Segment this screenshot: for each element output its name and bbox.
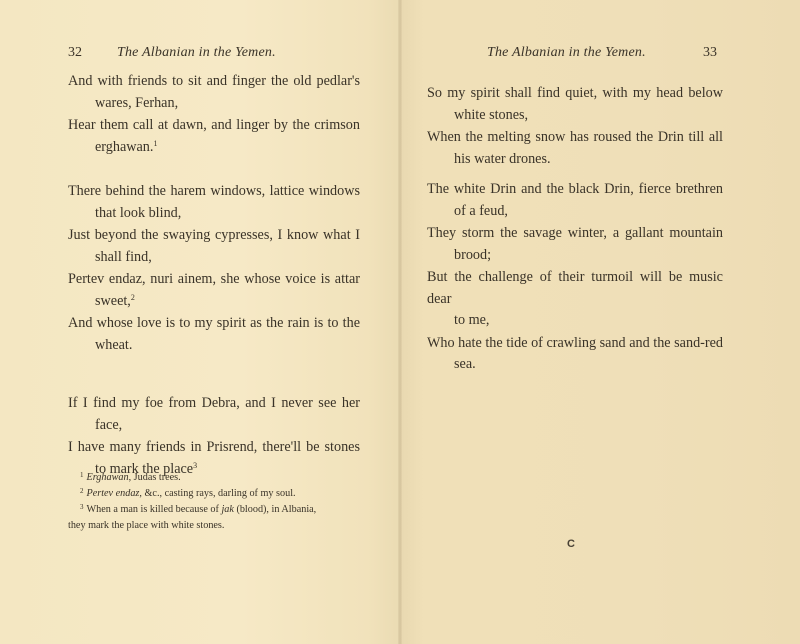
verse-line: Who hate the tide of crawling sand and t…	[427, 333, 723, 376]
verse-line-continuation: sweet,2	[68, 291, 360, 313]
verse-line: And with friends to sit and finger the o…	[68, 71, 360, 114]
verse-line: Just beyond the swaying cypresses, I kno…	[68, 225, 360, 268]
verse-line-first: I have many friends in Prisrend, there'l…	[68, 437, 360, 459]
verse-line-continuation: wares, Ferhan,	[68, 93, 360, 115]
verse-line-continuation: to me,	[427, 310, 723, 332]
verse-text: sweet,	[95, 293, 131, 309]
footnote-mark: 1	[80, 471, 84, 479]
stanza: And with friends to sit and finger the o…	[68, 71, 360, 159]
footnote-mark: 2	[80, 487, 84, 495]
verse-line: So my spirit shall find quiet, with my h…	[427, 83, 723, 126]
stanza: So my spirit shall find quiet, with my h…	[427, 83, 723, 171]
verse-line-continuation: his water drones.	[427, 149, 723, 171]
footnote-ref: 2	[131, 293, 135, 302]
verse-line-first: Just beyond the swaying cypresses, I kno…	[68, 225, 360, 247]
footnote-text: (blood), in Albania,	[234, 504, 316, 515]
footnote-mark: 3	[80, 503, 84, 511]
running-head-title: The Albanian in the Yemen.	[117, 44, 276, 62]
footnote-ref: 1	[153, 139, 157, 148]
footnote-1: 1Erghawan, Judas trees.	[68, 470, 360, 486]
footnotes: 1Erghawan, Judas trees. 2Pertev endaz, &…	[68, 470, 360, 534]
verse-text: erghawan.	[95, 139, 153, 155]
right-page: The Albanian in the Yemen. 33 So my spir…	[400, 0, 800, 644]
verse-line-continuation: brood;	[427, 245, 723, 267]
verse-line-first: And with friends to sit and finger the o…	[68, 71, 360, 93]
verse-line-first: But the challenge of their turmoil will …	[427, 267, 723, 310]
verse-line-first: There behind the harem windows, lattice …	[68, 181, 360, 203]
footnote-term: jak	[221, 504, 233, 515]
verse-line: They storm the savage winter, a gallant …	[427, 223, 723, 266]
footnote-3: 3When a man is killed because of jak (bl…	[68, 502, 360, 534]
footnote-ref: 3	[193, 461, 197, 470]
footnote-continuation: they mark the place with white stones.	[68, 518, 360, 534]
verse-line-first: Hear them call at dawn, and linger by th…	[68, 115, 360, 137]
verse-line: Hear them call at dawn, and linger by th…	[68, 115, 360, 158]
stanza: There behind the harem windows, lattice …	[68, 181, 360, 357]
page-number: 33	[703, 44, 717, 62]
verse-line-continuation: of a feud,	[427, 201, 723, 223]
verse-line-first: They storm the savage winter, a gallant …	[427, 223, 723, 245]
book-spread: 32 The Albanian in the Yemen. And with f…	[0, 0, 800, 644]
verse-line-first: The white Drin and the black Drin, fierc…	[427, 179, 723, 201]
verse-line-first: So my spirit shall find quiet, with my h…	[427, 83, 723, 105]
page-number: 32	[68, 44, 82, 62]
running-head-title: The Albanian in the Yemen.	[487, 44, 646, 62]
verse-line: Pertev endaz, nuri ainem, she whose voic…	[68, 269, 360, 312]
verse-line-continuation: shall find,	[68, 247, 360, 269]
book-gutter	[398, 0, 402, 644]
verse-line-continuation: face,	[68, 415, 360, 437]
footnote-text: , Judas trees.	[129, 472, 181, 483]
left-page: 32 The Albanian in the Yemen. And with f…	[0, 0, 400, 644]
verse-line-first: Who hate the tide of crawling sand and t…	[427, 333, 723, 355]
verse-line-continuation: that look blind,	[68, 203, 360, 225]
stanza: If I find my foe from Debra, and I never…	[68, 393, 360, 481]
verse-line: If I find my foe from Debra, and I never…	[68, 393, 360, 436]
footnote-term: Pertev endaz	[87, 488, 140, 499]
verse-line-continuation: white stones,	[427, 105, 723, 127]
verse-line-first: If I find my foe from Debra, and I never…	[68, 393, 360, 415]
verse-line-continuation: sea.	[427, 354, 723, 376]
verse-line-first: When the melting snow has roused the Dri…	[427, 127, 723, 149]
footnote-2: 2Pertev endaz, &c., casting rays, darlin…	[68, 486, 360, 502]
footnote-text: When a man is killed because of	[87, 504, 222, 515]
verse-line: And whose love is to my spirit as the ra…	[68, 313, 360, 356]
verse-line: But the challenge of their turmoil will …	[427, 267, 723, 332]
stanza: The white Drin and the black Drin, fierc…	[427, 179, 723, 377]
verse-line-first: And whose love is to my spirit as the ra…	[68, 313, 360, 335]
verse-line: The white Drin and the black Drin, fierc…	[427, 179, 723, 222]
footnote-term: Erghawan	[87, 472, 129, 483]
verse-line: When the melting snow has roused the Dri…	[427, 127, 723, 170]
verse-line-first: Pertev endaz, nuri ainem, she whose voic…	[68, 269, 360, 291]
verse-line: There behind the harem windows, lattice …	[68, 181, 360, 224]
verse-line-continuation: erghawan.1	[68, 137, 360, 159]
signature-mark: C	[567, 538, 575, 550]
verse-line-continuation: wheat.	[68, 335, 360, 357]
footnote-text: , &c., casting rays, darling of my soul.	[139, 488, 295, 499]
